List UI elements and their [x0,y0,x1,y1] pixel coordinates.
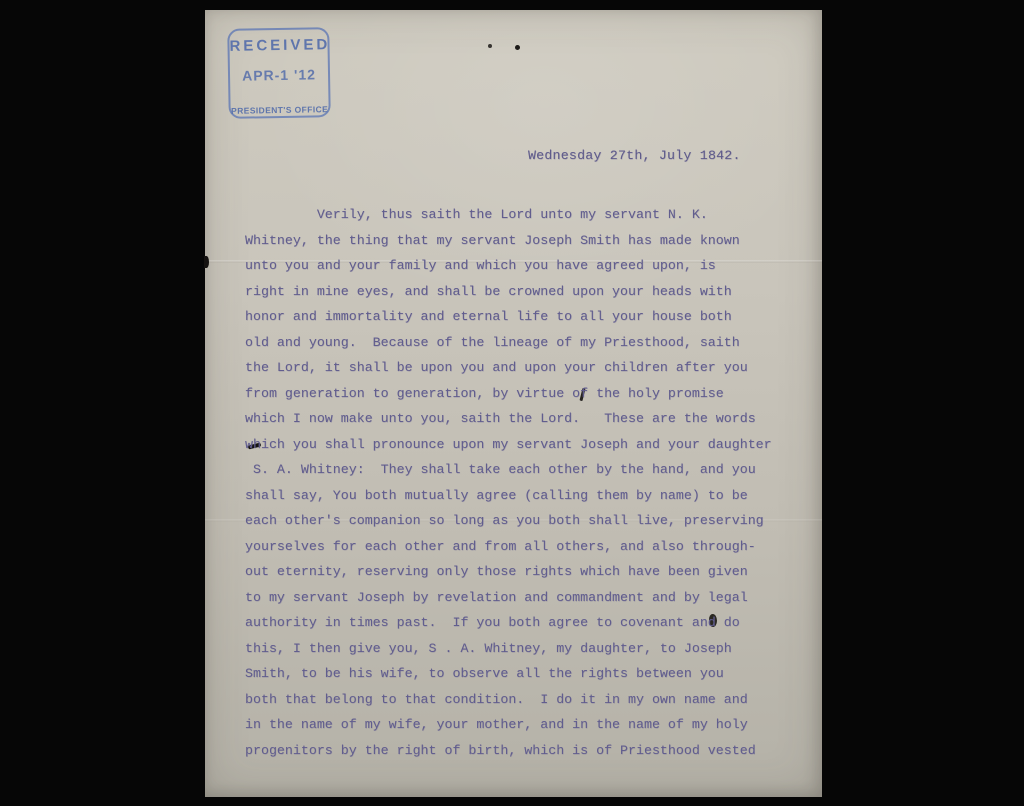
letter-line: unto you and your family and which you h… [245,253,790,279]
letter-line: Verily, thus saith the Lord unto my serv… [245,202,790,228]
letter-line: shall say, You both mutually agree (call… [245,483,790,509]
letter-line: in the name of my wife, your mother, and… [245,712,790,738]
stamp-office-label: PRESIDENT'S OFFICE [231,104,329,116]
letter-line: which I now make unto you, saith the Lor… [245,406,790,432]
letter-line: to my servant Joseph by revelation and c… [245,585,790,611]
letter-line: yourselves for each other and from all o… [245,534,790,560]
letter-line: Whitney, the thing that my servant Josep… [245,228,790,254]
letter-line: honor and immortality and eternal life t… [245,304,790,330]
letter-line: authority in times past. If you both agr… [245,610,790,636]
received-stamp: RECEIVED APR-1 '12 PRESIDENT'S OFFICE [227,27,331,119]
stamp-received-label: RECEIVED [229,36,327,55]
letter-line: both that belong to that condition. I do… [245,687,790,713]
letter-line: Smith, to be his wife, to observe all th… [245,661,790,687]
ink-dot [488,44,492,48]
stamp-date-label: APR-1 '12 [230,66,328,84]
letter-line: the Lord, it shall be upon you and upon … [245,355,790,381]
letter-page: RECEIVED APR-1 '12 PRESIDENT'S OFFICE We… [205,10,822,797]
paper-edge-tear [204,256,209,268]
letter-line: which you shall pronounce upon my servan… [245,432,790,458]
letter-line: right in mine eyes, and shall be crowned… [245,279,790,305]
letter-line: out eternity, reserving only those right… [245,559,790,585]
letter-line: each other's companion so long as you bo… [245,508,790,534]
letter-line: this, I then give you, S . A. Whitney, m… [245,636,790,662]
letter-line: progenitors by the right of birth, which… [245,738,790,764]
letter-body: Verily, thus saith the Lord unto my serv… [245,202,790,763]
ink-dot [515,45,520,50]
letter-date: Wednesday 27th, July 1842. [528,148,741,163]
letter-line: from generation to generation, by virtue… [245,381,790,407]
letter-line: S. A. Whitney: They shall take each othe… [245,457,790,483]
letter-line: old and young. Because of the lineage of… [245,330,790,356]
photo-background: RECEIVED APR-1 '12 PRESIDENT'S OFFICE We… [0,0,1024,806]
